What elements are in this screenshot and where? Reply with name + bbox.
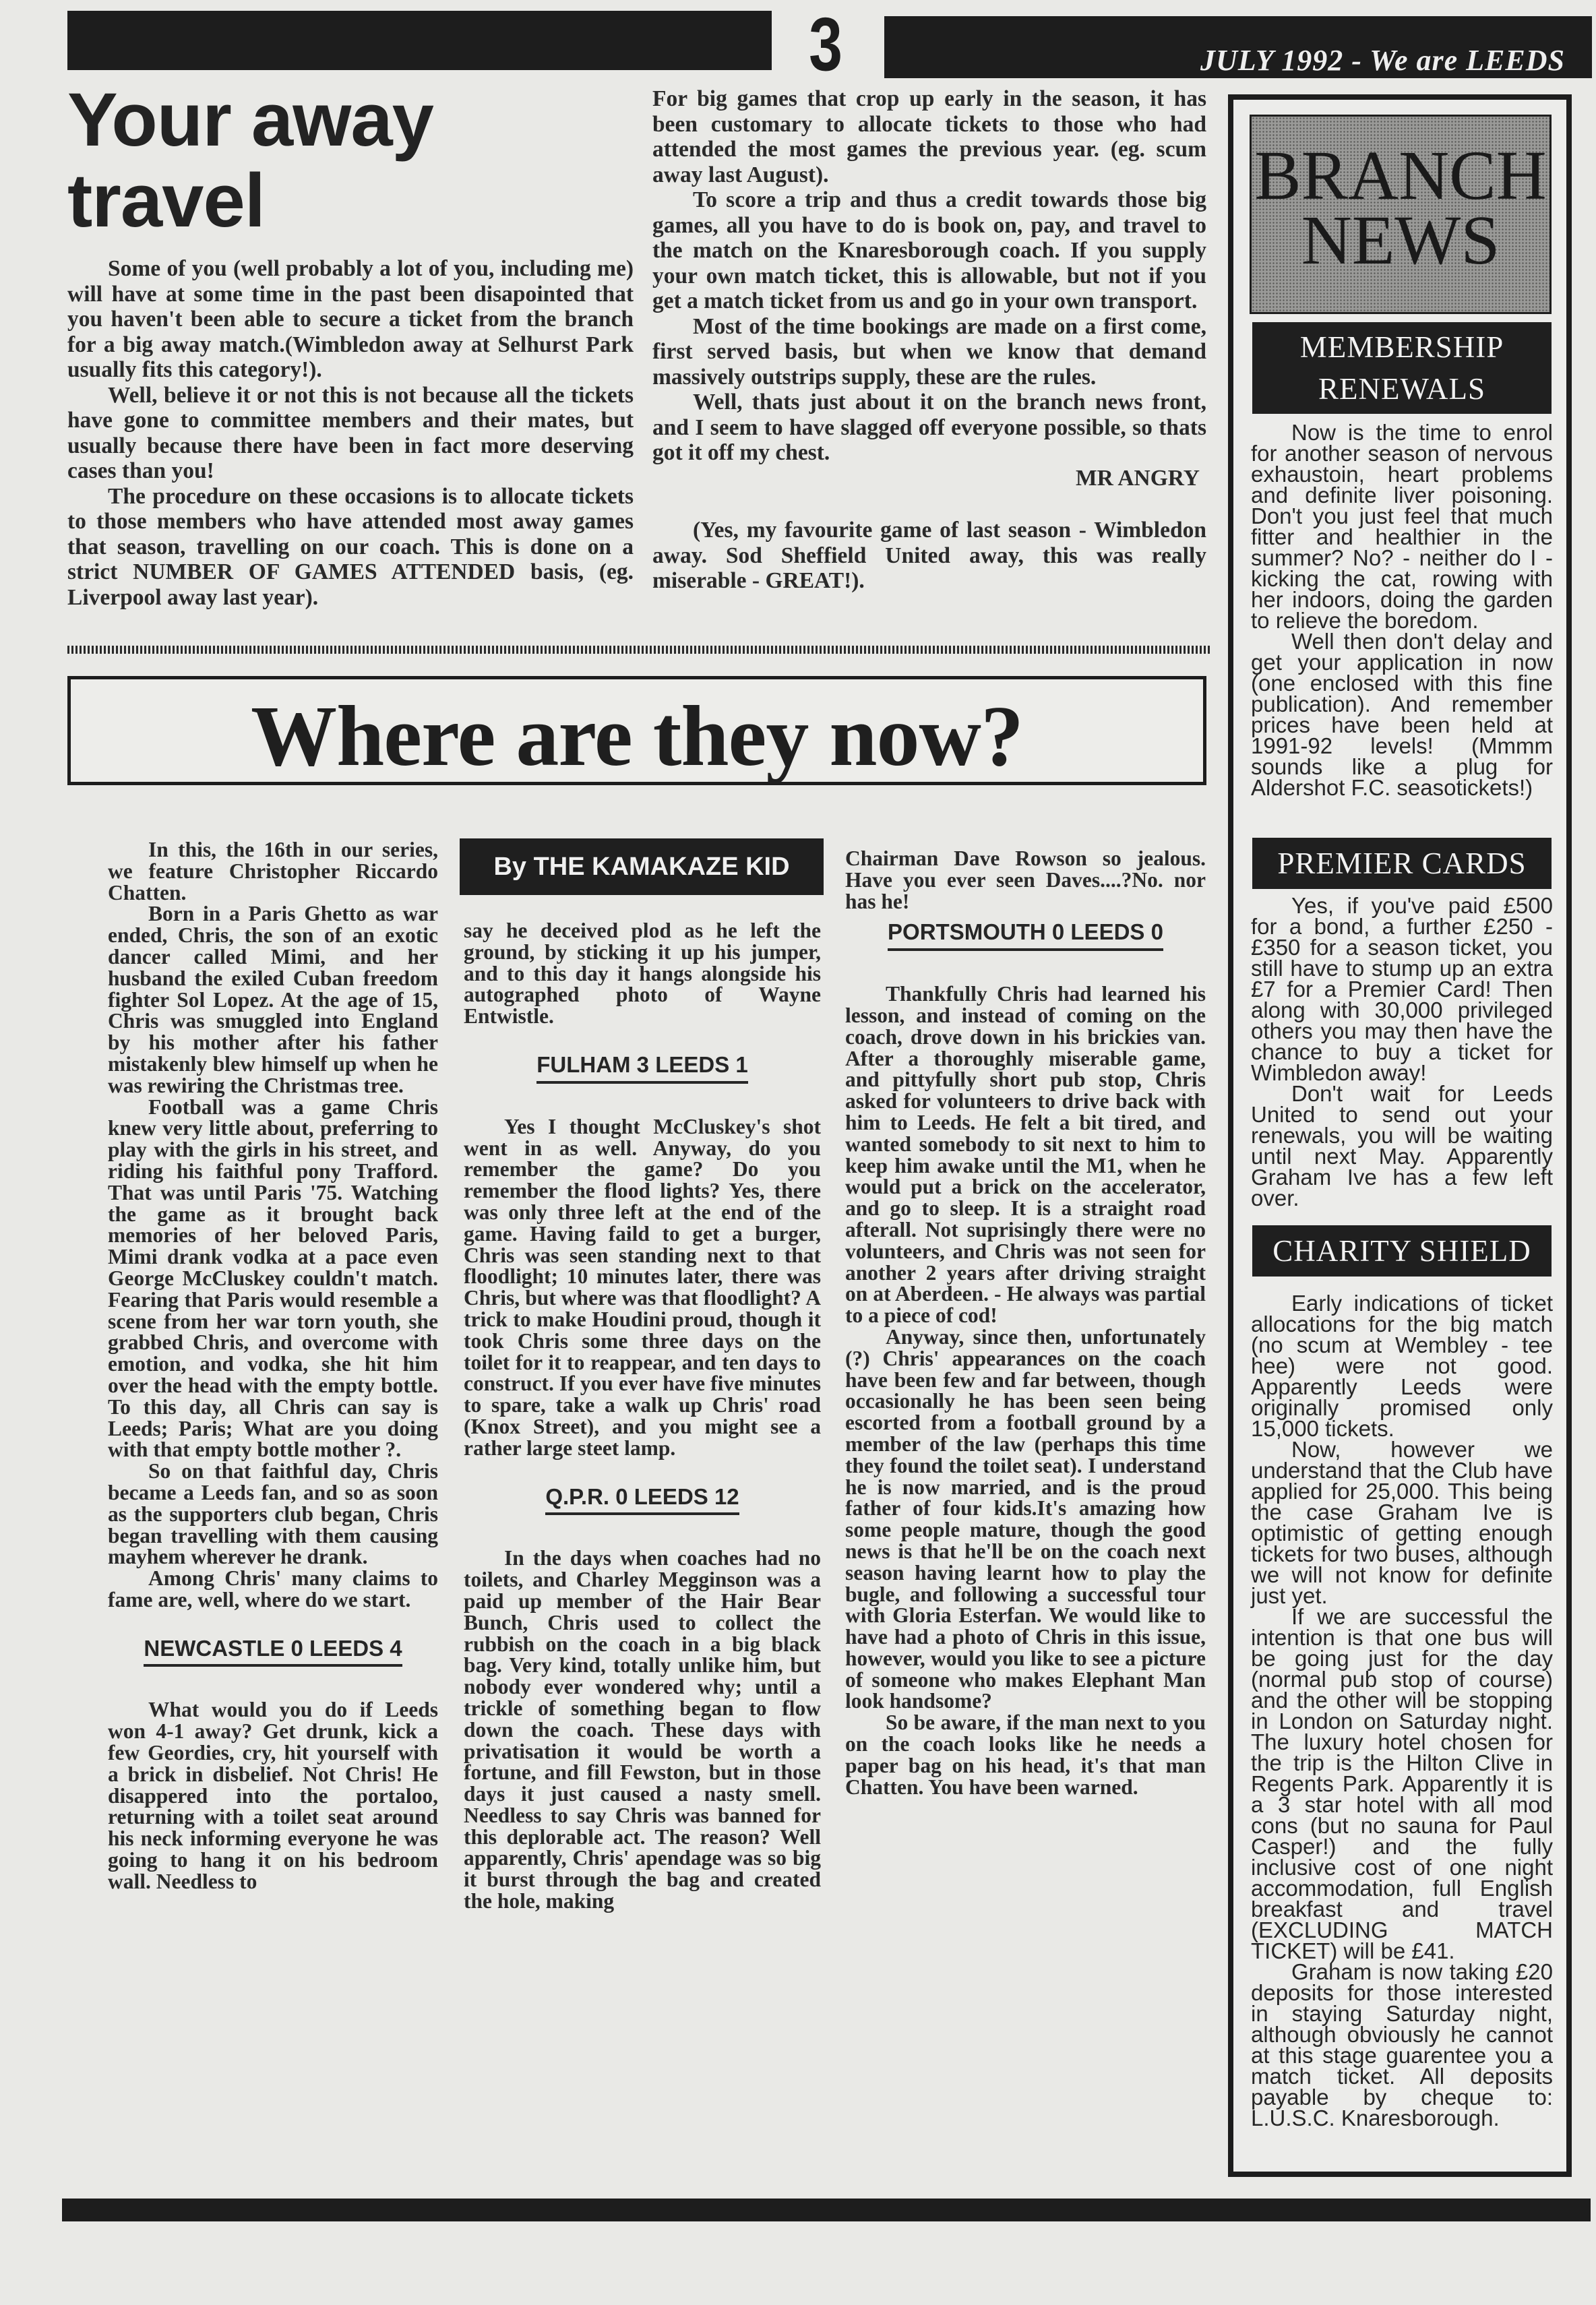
paragraph: So be aware, if the man next to you on t… — [845, 1712, 1206, 1797]
paragraph: Chairman Dave Rowson so jealous. Have yo… — [845, 848, 1206, 912]
away-travel-column-2: For big games that crop up early in the … — [652, 86, 1206, 594]
paragraph: So on that faithful day, Chris became a … — [108, 1461, 438, 1568]
masthead-bar-right: JULY 1992 - We are LEEDS — [884, 16, 1592, 78]
paragraph: Yes, if you've paid £500 for a bond, a f… — [1251, 895, 1553, 1083]
match-heading: NEWCASTLE 0 LEEDS 4 — [108, 1638, 438, 1667]
footer-bar — [62, 2199, 1591, 2221]
author-signature: MR ANGRY — [652, 466, 1206, 491]
match-score: NEWCASTLE 0 LEEDS 4 — [144, 1638, 402, 1667]
match-heading: Q.P.R. 0 LEEDS 12 — [464, 1486, 821, 1516]
paragraph: Now, however we understand that the Club… — [1251, 1439, 1553, 1606]
branch-news-title: BRANCH NEWS — [1250, 115, 1552, 314]
paragraph: Yes I thought McCluskey's shot went in a… — [464, 1116, 821, 1459]
away-travel-title: Your away travel — [67, 80, 553, 241]
paragraph: Now is the time to enrol for another sea… — [1251, 422, 1553, 631]
match-heading: FULHAM 3 LEEDS 1 — [464, 1054, 821, 1084]
match-score: FULHAM 3 LEEDS 1 — [536, 1054, 748, 1084]
masthead-bar-left — [67, 11, 772, 70]
paragraph: What would you do if Leeds won 4-1 away?… — [108, 1699, 438, 1892]
paragraph: Some of you (well probably a lot of you,… — [67, 256, 634, 383]
paragraph: Football was a game Chris knew very litt… — [108, 1097, 438, 1461]
premier-cards-body: Yes, if you've paid £500 for a bond, a f… — [1251, 895, 1553, 1208]
paragraph: Thankfully Chris had learned his lesson,… — [845, 983, 1206, 1326]
title-line: BRANCH — [1252, 144, 1549, 208]
paragraph: Don't wait for Leeds United to send out … — [1251, 1083, 1553, 1208]
article-column-1: In this, the 16th in our series, we feat… — [108, 839, 438, 1893]
heading-line: MEMBERSHIP — [1252, 326, 1552, 368]
section-divider — [67, 646, 1210, 654]
paragraph: To score a trip and thus a credit toward… — [652, 187, 1206, 314]
charity-shield-heading: CHARITY SHIELD — [1252, 1225, 1552, 1277]
paragraph: If we are successful the intention is th… — [1251, 1606, 1553, 1961]
premier-cards-heading: PREMIER CARDS — [1252, 838, 1552, 889]
paragraph: In the days when coaches had no toilets,… — [464, 1547, 821, 1912]
article-column-3: Chairman Dave Rowson so jealous. Have yo… — [845, 848, 1206, 1797]
heading-line: RENEWALS — [1252, 368, 1552, 410]
paragraph: Early indications of ticket allocations … — [1251, 1293, 1553, 1439]
article-column-2: say he deceived plod as he left the grou… — [464, 920, 821, 1912]
byline: By THE KAMAKAZE KID — [460, 838, 824, 895]
membership-renewals-heading: MEMBERSHIP RENEWALS — [1252, 322, 1552, 414]
paragraph: In this, the 16th in our series, we feat… — [108, 839, 438, 903]
match-score: PORTSMOUTH 0 LEEDS 0 — [888, 921, 1163, 951]
masthead-date: JULY 1992 - We are LEEDS — [1200, 43, 1565, 78]
match-score: Q.P.R. 0 LEEDS 12 — [545, 1486, 739, 1516]
paragraph: Well, thats just about it on the branch … — [652, 390, 1206, 466]
paragraph: say he deceived plod as he left the grou… — [464, 920, 821, 1027]
postscript: (Yes, my favourite game of last season -… — [652, 518, 1206, 594]
paragraph: Among Chris' many claims to fame are, we… — [108, 1568, 438, 1611]
paragraph: The procedure on these occasions is to a… — [67, 484, 634, 611]
page-number: 3 — [796, 7, 855, 82]
paragraph: Anyway, since then, unfortunately (?) Ch… — [845, 1326, 1206, 1712]
paragraph: Born in a Paris Ghetto as war ended, Chr… — [108, 903, 438, 1096]
match-heading: PORTSMOUTH 0 LEEDS 0 — [845, 921, 1206, 951]
charity-shield-body: Early indications of ticket allocations … — [1251, 1293, 1553, 2128]
paragraph: Most of the time bookings are made on a … — [652, 314, 1206, 390]
membership-renewals-body: Now is the time to enrol for another sea… — [1251, 422, 1553, 798]
paragraph: Well then don't delay and get your appli… — [1251, 631, 1553, 798]
title-line: NEWS — [1252, 208, 1549, 273]
paragraph: Well, believe it or not this is not beca… — [67, 383, 634, 484]
article-title: Where are they now? — [71, 693, 1203, 779]
branch-news-sidebar: BRANCH NEWS MEMBERSHIP RENEWALS Now is t… — [1228, 94, 1572, 2177]
paragraph: Graham is now taking £20 deposits for th… — [1251, 1961, 1553, 2128]
paragraph: For big games that crop up early in the … — [652, 86, 1206, 187]
where-are-they-now-banner: Where are they now? — [67, 676, 1206, 785]
away-travel-column-1: Some of you (well probably a lot of you,… — [67, 256, 634, 610]
